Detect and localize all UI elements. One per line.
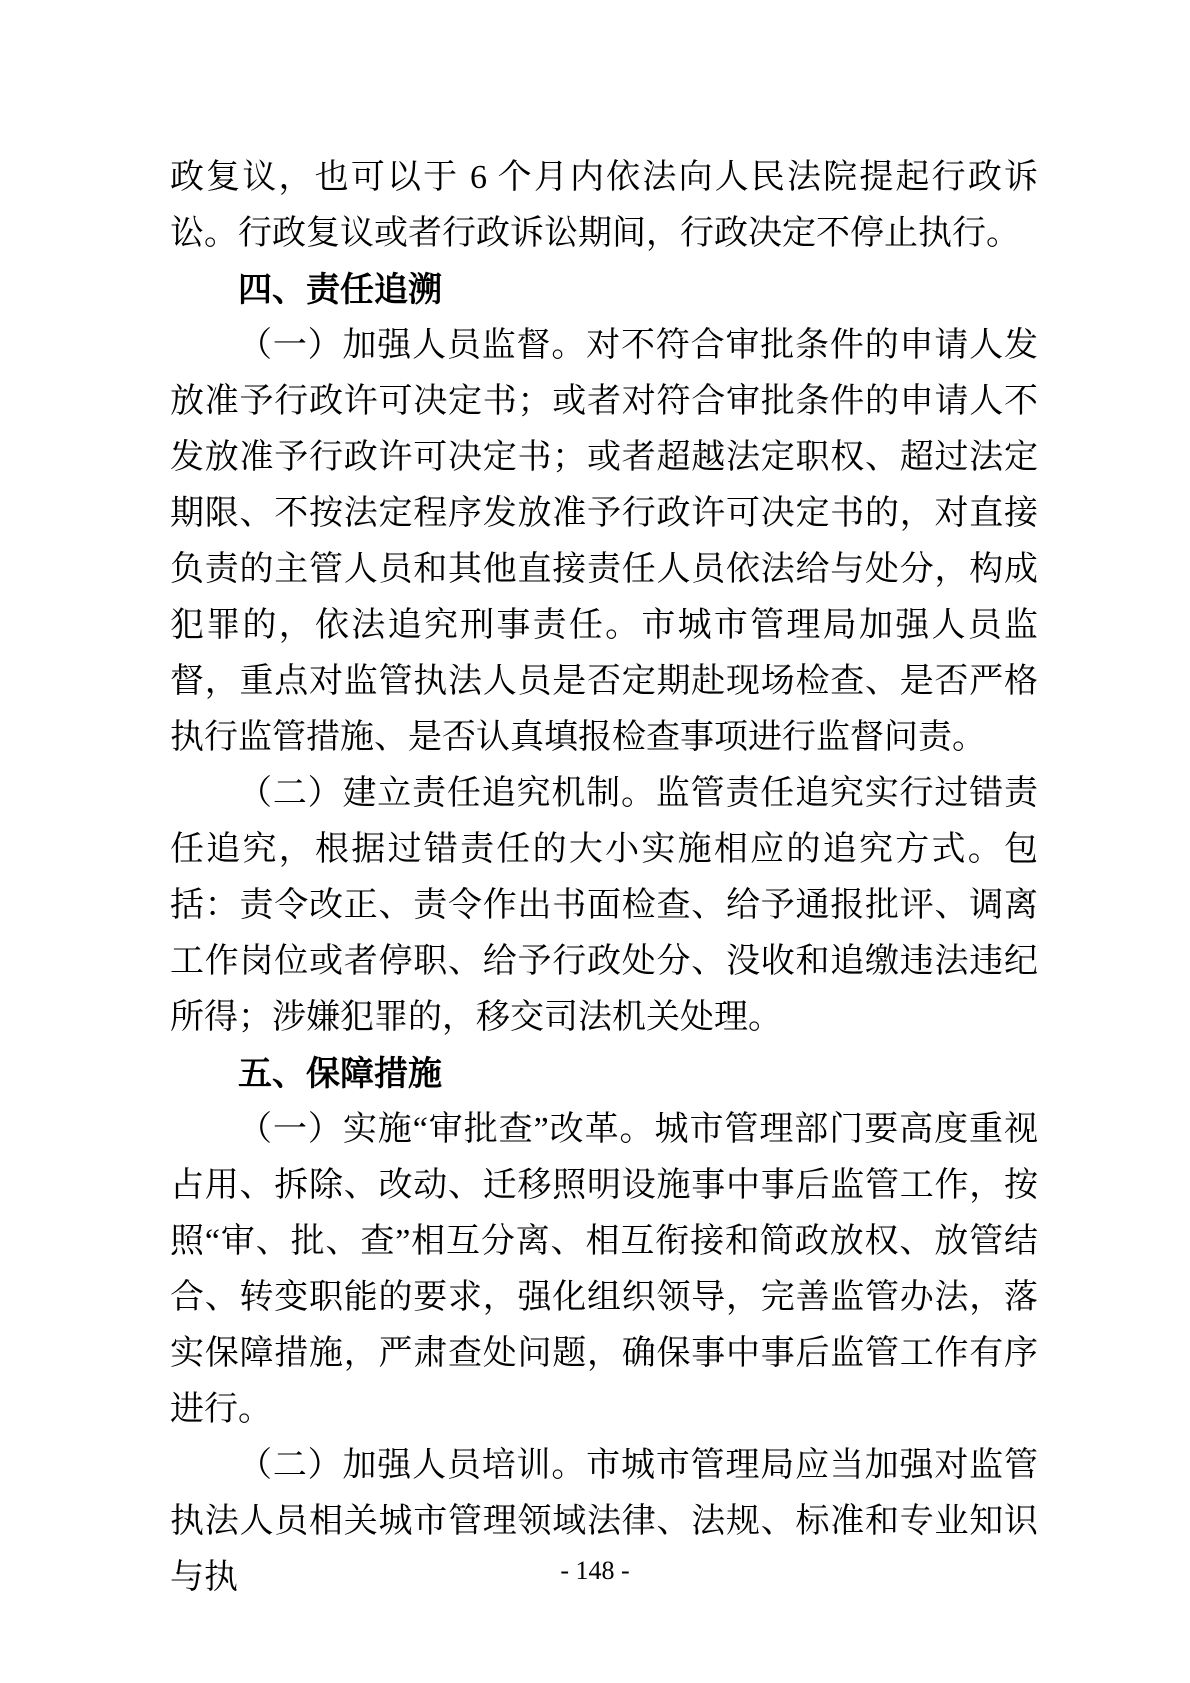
page-number: - 148 - (0, 1556, 1190, 1586)
section-heading-4: 四、责任追溯 (170, 262, 1038, 318)
section-heading-5: 五、保障措施 (170, 1046, 1038, 1102)
document-body: 政复议，也可以于 6 个月内依法向人民法院提起行政诉讼。行政复议或者行政诉讼期间… (170, 150, 1038, 1606)
paragraph-continuation: 政复议，也可以于 6 个月内依法向人民法院提起行政诉讼。行政复议或者行政诉讼期间… (170, 150, 1038, 262)
paragraph: （一）加强人员监督。对不符合审批条件的申请人发放准予行政许可决定书；或者对符合审… (170, 318, 1038, 766)
document-page: 政复议，也可以于 6 个月内依法向人民法院提起行政诉讼。行政复议或者行政诉讼期间… (0, 0, 1190, 1683)
paragraph: （一）实施“审批查”改革。城市管理部门要高度重视占用、拆除、改动、迁移照明设施事… (170, 1102, 1038, 1438)
paragraph: （二）建立责任追究机制。监管责任追究实行过错责任追究，根据过错责任的大小实施相应… (170, 766, 1038, 1046)
